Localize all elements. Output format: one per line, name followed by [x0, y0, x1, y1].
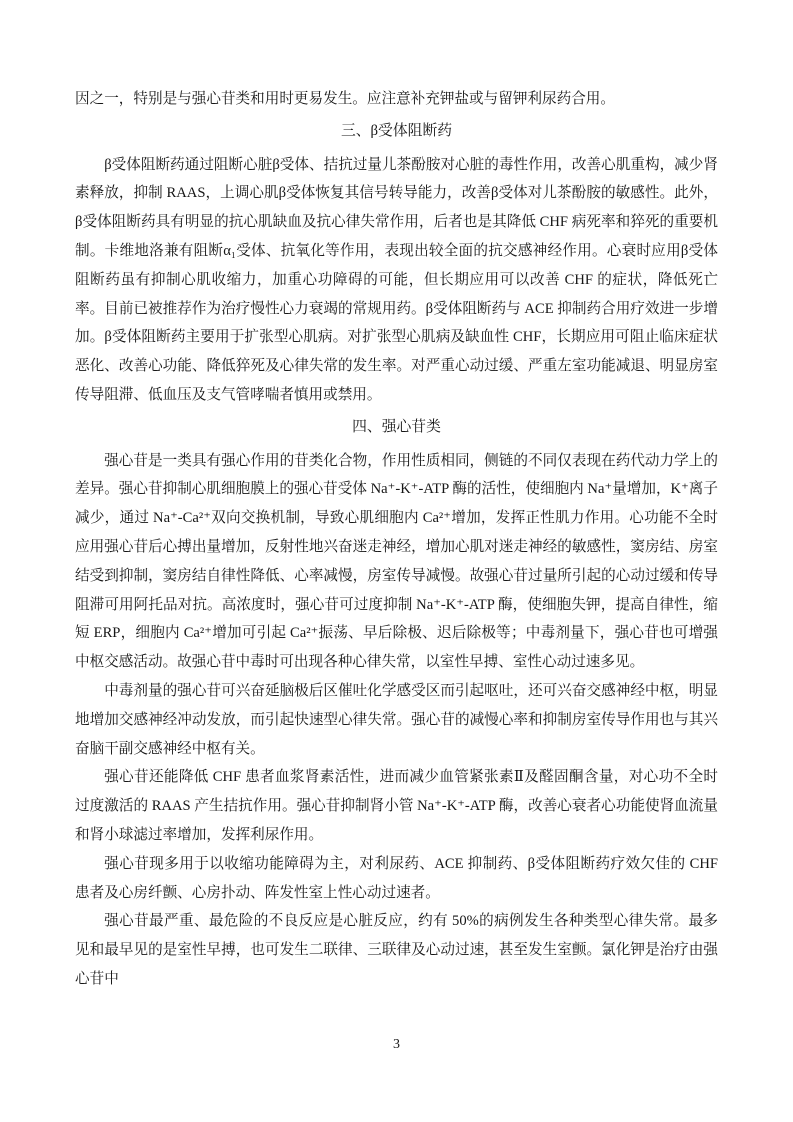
paragraph-continuation: 因之一，特别是与强心苷类和用时更易发生。应注意补充钾盐或与留钾利尿药合用。 — [75, 85, 718, 114]
section-heading-beta-blockers: 三、β受体阻断药 — [75, 117, 718, 146]
paragraph-clinical-use: 强心苷现多用于以收缩功能障碍为主，对利尿药、ACE 抑制药、β受体阻断药疗效欠佳… — [75, 850, 718, 908]
paragraph-adverse-reactions: 强心苷最严重、最危险的不良反应是心脏反应，约有 50%的病例发生各种类型心律失常… — [75, 907, 718, 993]
paragraph-raas-diuresis: 强心苷还能降低 CHF 患者血浆肾素活性，进而减少血管紧张素Ⅱ及醛固酮含量，对心… — [75, 763, 718, 849]
paragraph-toxic-dose-cns: 中毒剂量的强心苷可兴奋延脑极后区催吐化学感受区而引起呕吐，还可兴奋交感神经中枢，… — [75, 677, 718, 763]
document-page: 因之一，特别是与强心苷类和用时更易发生。应注意补充钾盐或与留钾利尿药合用。 三、… — [0, 0, 793, 1122]
paragraph-glycoside-mechanism: 强心苷是一类具有强心作用的苷类化合物，作用性质相同，侧链的不同仅表现在药代动力学… — [75, 447, 718, 677]
page-number: 3 — [0, 1031, 793, 1060]
paragraph-beta-blockers: β受体阻断药通过阻断心脏β受体、拮抗过量儿茶酚胺对心脏的毒性作用，改善心肌重构，… — [75, 151, 718, 410]
section-heading-cardiac-glycosides: 四、强心苷类 — [75, 413, 718, 442]
